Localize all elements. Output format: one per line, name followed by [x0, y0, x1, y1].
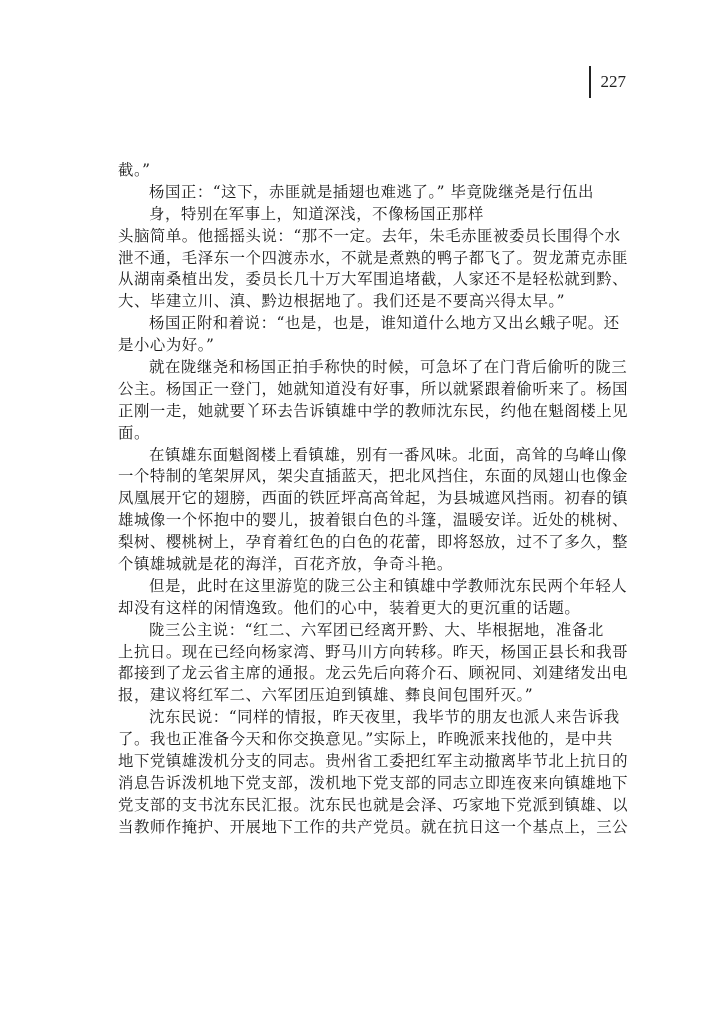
text-line: 了。我也正准备今天和你交换意见。”实际上，昨晚派来找他的，是中共 [118, 729, 616, 751]
text-line: 正刚一走，她就要丫环去告诉镇雄中学的教师沈东民，约他在魁阁楼上见 [118, 401, 616, 423]
text-line: 截。” [118, 160, 616, 182]
body-text: 截。”杨国正：“这下，赤匪就是插翅也难逃了。” 毕竟陇继尧是行伍出身，特别在军事… [118, 160, 616, 839]
text-line: 在镇雄东面魁阁楼上看镇雄，别有一番风味。北面，高耸的乌峰山像 [118, 445, 616, 467]
text-line: 杨国正附和着说：“也是，也是，谁知道什么地方又出幺蛾子呢。还 [118, 313, 616, 335]
text-line: 头脑简单。他摇摇头说：“那不一定。去年，朱毛赤匪被委员长围得个水 [118, 226, 616, 248]
text-line: 泄不通，毛泽东一个四渡赤水，不就是煮熟的鸭子都飞了。贺龙萧克赤匪 [118, 248, 616, 270]
text-line: 是小心为好。” [118, 335, 616, 357]
text-line: 陇三公主说：“红二、六军团已经离开黔、大、毕根据地，准备北 [118, 620, 616, 642]
text-line: 就在陇继尧和杨国正拍手称快的时候，可急坏了在门背后偷听的陇三 [118, 357, 616, 379]
text-line: 沈东民说：“同样的情报，昨天夜里，我毕节的朋友也派人来告诉我 [118, 707, 616, 729]
text-line: 都接到了龙云省主席的通报。龙云先后向蒋介石、顾祝同、刘建绪发出电 [118, 663, 616, 685]
text-line: 党支部的支书沈东民汇报。沈东民也就是会泽、巧家地下党派到镇雄、以 [118, 795, 616, 817]
text-line: 杨国正：“这下，赤匪就是插翅也难逃了。” 毕竟陇继尧是行伍出 [118, 182, 616, 204]
text-line: 雄城像一个怀抱中的婴儿，披着银白色的斗篷，温暖安详。近处的桃树、 [118, 510, 616, 532]
text-line: 身，特别在军事上，知道深浅，不像杨国正那样 [118, 204, 616, 226]
text-line: 个镇雄城就是花的海洋，百花齐放，争奇斗艳。 [118, 554, 616, 576]
text-line: 一个特制的笔架屏风，架尖直插蓝天，把北风挡住，东面的凤翅山也像金 [118, 466, 616, 488]
text-line: 报，建议将红军二、六军团压迫到镇雄、彝良间包围歼灭。” [118, 685, 616, 707]
text-line: 梨树、樱桃树上，孕育着红色的白色的花蕾，即将怒放，过不了多久，整 [118, 532, 616, 554]
text-line: 却没有这样的闲情逸致。他们的心中，装着更大的更沉重的话题。 [118, 598, 616, 620]
text-line: 但是，此时在这里游览的陇三公主和镇雄中学教师沈东民两个年轻人 [118, 576, 616, 598]
text-line: 地下党镇雄泼机分支的同志。贵州省工委把红军主动撤离毕节北上抗日的 [118, 751, 616, 773]
text-line: 上抗日。现在已经向杨家湾、野马川方向转移。昨天，杨国正县长和我哥 [118, 642, 616, 664]
text-line: 当教师作掩护、开展地下工作的共产党员。就在抗日这一个基点上，三公 [118, 817, 616, 839]
text-line: 公主。杨国正一登门，她就知道没有好事，所以就紧跟着偷听来了。杨国 [118, 379, 616, 401]
text-line: 面。 [118, 423, 616, 445]
page-number: 227 [601, 72, 627, 92]
page-header: 227 [589, 66, 626, 98]
text-line: 大、毕建立川、滇、黔边根据地了。我们还是不要高兴得太早。” [118, 291, 616, 313]
header-rule [589, 66, 591, 98]
text-line: 凤凰展开它的翅膀，西面的铁匠坪高高耸起，为县城遮风挡雨。初春的镇 [118, 488, 616, 510]
text-line: 消息告诉泼机地下党支部，泼机地下党支部的同志立即连夜来向镇雄地下 [118, 773, 616, 795]
text-line: 从湖南桑植出发，委员长几十万大军围追堵截，人家还不是轻松就到黔、 [118, 269, 616, 291]
